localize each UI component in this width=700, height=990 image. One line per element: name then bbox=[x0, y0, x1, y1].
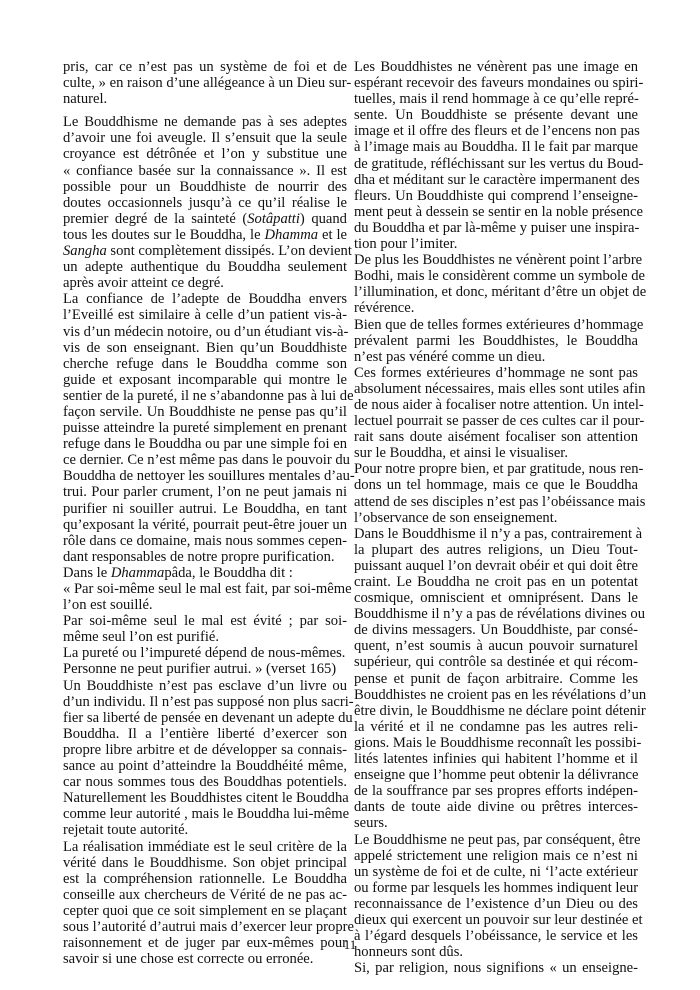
text-line: dons un tel hommage, mais ce que le Boud… bbox=[354, 477, 638, 493]
text-line: car nous sommes tous des Bouddhas potent… bbox=[63, 774, 347, 790]
paragraph: Le Bouddhisme ne demande pas à ses adept… bbox=[63, 114, 347, 291]
text-line: fier sa liberté de pensée en devenant un… bbox=[63, 710, 347, 726]
text-line: Un Bouddhiste n’est pas esclave d’un liv… bbox=[63, 678, 347, 694]
text-line: « Par soi-même seul le mal est fait, par… bbox=[63, 581, 347, 597]
text-line: Ces formes extérieures d’hommage ne sont… bbox=[354, 365, 638, 381]
paragraph: La confiance de l’adepte de Bouddha enve… bbox=[63, 291, 347, 565]
text-line: tous les doutes sur le Bouddha, le Dhamm… bbox=[63, 227, 347, 243]
text-line: l’Eveillé est similaire à celle d’un pat… bbox=[63, 307, 347, 323]
text-line: Bouddhisme il n’y a pas de révélations d… bbox=[354, 606, 638, 622]
text-line: un système de foi et de culte, ni ‘l’act… bbox=[354, 864, 638, 880]
text-line: « confiance basée sur la connaissance ».… bbox=[63, 163, 347, 179]
text-line: conseille aux chercheurs de Vérité de ne… bbox=[63, 887, 347, 903]
text-line: purifier ni souiller autrui. Le Bouddha,… bbox=[63, 501, 347, 517]
text-line: lectuel pourrait se passer de ces cultes… bbox=[354, 413, 638, 429]
text-line: gions. Mais le Bouddhisme reconnaît les … bbox=[354, 735, 638, 751]
text-line: guide et exposant incomparable qui montr… bbox=[63, 372, 347, 388]
text-line: de gratitude, réfléchissant sur les vert… bbox=[354, 156, 638, 172]
text-line: attend de ses disciples n’est pas l’obéi… bbox=[354, 494, 638, 510]
text-line: fleurs. Un Bouddhiste qui comprend l’ens… bbox=[354, 188, 638, 204]
text-line: trui. Pour parler crument, l’on ne peut … bbox=[63, 484, 347, 500]
text-line: rôle dans ce domaine, mais nous sommes c… bbox=[63, 533, 347, 549]
text-line: de nous aider à focaliser notre attentio… bbox=[354, 397, 638, 413]
text-line: cepter quoi que ce soit simplement en se… bbox=[63, 903, 347, 919]
text-line: vérité dans le Bouddhisme. Son objet pri… bbox=[63, 855, 347, 871]
paragraph: Par soi-même seul le mal est évité ; par… bbox=[63, 613, 347, 645]
text-line: un adepte authentique du Bouddha seuleme… bbox=[63, 259, 347, 275]
text-line: appelé strictement une religion mais ce … bbox=[354, 848, 638, 864]
text-line: Pour notre propre bien, et par gratitude… bbox=[354, 461, 638, 477]
text-line: Bodhi, mais le considèrent comme un symb… bbox=[354, 268, 638, 284]
text-line: ce dernier. Ce n’est même pas dans le po… bbox=[63, 452, 347, 468]
text-line: prévalent parmi les Bouddhistes, le Boud… bbox=[354, 333, 638, 349]
text-line: de divins messagers. Un Bouddhiste, par … bbox=[354, 622, 638, 638]
text-line: La réalisation immédiate est le seul cri… bbox=[63, 839, 347, 855]
text-line: image et il offre des fleurs et de l’enc… bbox=[354, 123, 638, 139]
text-line: naturel. bbox=[63, 91, 347, 107]
text-line: seurs. bbox=[354, 815, 638, 831]
paragraph: La pureté ou l’impureté dépend de nous-m… bbox=[63, 645, 347, 661]
text-line: sance au point d’atteindre la Bouddhéité… bbox=[63, 758, 347, 774]
text-line: du Bouddha et par là-même y puiser une i… bbox=[354, 220, 638, 236]
text-line: cherche refuge dans le Bouddha comme son bbox=[63, 356, 347, 372]
text-line: espérant recevoir des faveurs mondaines … bbox=[354, 75, 638, 91]
text-line: vis d’un médecin notoire, ou d’un étudia… bbox=[63, 324, 347, 340]
text-line: puisse atteindre la pureté simplement en… bbox=[63, 420, 347, 436]
text-line: sur le Bouddha, et ainsi le visualiser. bbox=[354, 445, 638, 461]
text-line: façon servile. Un Bouddhiste ne pense pa… bbox=[63, 404, 347, 420]
text-line: être divin, le Bouddhisme ne déclare poi… bbox=[354, 703, 638, 719]
text-line: Le Bouddhisme ne demande pas à ses adept… bbox=[63, 114, 347, 130]
left-column: pris, car ce n’est pas un système de foi… bbox=[63, 59, 347, 967]
text-line: puissant auquel l’on devrait obéir et qu… bbox=[354, 558, 638, 574]
paragraph: Dans le Dhammapâda, le Bouddha dit : bbox=[63, 565, 347, 581]
text-line: dants de toute aide divine ou prêtres in… bbox=[354, 799, 638, 815]
paragraph: Bien que de telles formes extérieures d’… bbox=[354, 317, 638, 365]
text-line: propre libre arbitre et de développer sa… bbox=[63, 742, 347, 758]
text-line: Bien que de telles formes extérieures d’… bbox=[354, 317, 638, 333]
paragraph: Les Bouddhistes ne vénèrent pas une imag… bbox=[354, 59, 638, 252]
text-line: savoir si une chose est correcte ou erro… bbox=[63, 951, 347, 967]
text-line: d’un individu. Il n’est pas supposé non … bbox=[63, 694, 347, 710]
text-line: Si, par religion, nous signifions « un e… bbox=[354, 960, 638, 976]
text-line: enseigne que l’homme peut obtenir la dél… bbox=[354, 767, 638, 783]
text-line: rait sans doute aisément focaliser son a… bbox=[354, 429, 638, 445]
text-line: vis de son enseignant. Bien qu’un Bouddh… bbox=[63, 340, 347, 356]
text-line: comme leur autorité , mais le Bouddha lu… bbox=[63, 806, 347, 822]
italic-term: Sangha bbox=[63, 243, 107, 259]
text-line: Bouddha. Il a l’entière liberté d’exerce… bbox=[63, 726, 347, 742]
text-line: sous l’autorité d’autrui mais d’exercer … bbox=[63, 919, 347, 935]
text-line: pense et punit de façon arbitraire. Comm… bbox=[354, 671, 638, 687]
italic-term: Dhamma bbox=[265, 227, 319, 243]
text-line: croyance est détrônée et l’on y substitu… bbox=[63, 146, 347, 162]
text-line: l’illumination, et donc, méritant d’être… bbox=[354, 284, 638, 300]
text-line: refuge dans le Bouddha ou par une simple… bbox=[63, 436, 347, 452]
text-line: reconnaissance de l’existence d’un Dieu … bbox=[354, 896, 638, 912]
text-line: quent, n’est soumis à aucun pouvoir surn… bbox=[354, 638, 638, 654]
text-line: même seul l’on est purifié. bbox=[63, 629, 347, 645]
text-line: sente. Un Bouddhiste se présente devant … bbox=[354, 107, 638, 123]
paragraph: Pour notre propre bien, et par gratitude… bbox=[354, 461, 638, 525]
paragraph: pris, car ce n’est pas un système de foi… bbox=[63, 59, 347, 107]
text-line: Dans le Bouddhisme il n’y a pas, contrai… bbox=[354, 526, 638, 542]
page-number: 11 bbox=[0, 937, 700, 953]
text-line: sentier de la pureté, il ne s’abandonne … bbox=[63, 388, 347, 404]
text-line: Dans le Dhammapâda, le Bouddha dit : bbox=[63, 565, 347, 581]
text-line: tion pour l’imiter. bbox=[354, 236, 638, 252]
text-line: la vérité et il ne condamne pas les autr… bbox=[354, 719, 638, 735]
paragraph-gap bbox=[63, 107, 347, 114]
text-line: d’avoir une foi aveugle. Il s’ensuit que… bbox=[63, 130, 347, 146]
italic-term: Sotâpatti bbox=[247, 211, 300, 227]
text-line: rejetait toute autorité. bbox=[63, 822, 347, 838]
text-line: ou forme par lesquels les hommes indique… bbox=[354, 880, 638, 896]
text-line: n’est pas vénéré comme un dieu. bbox=[354, 349, 638, 365]
text-line: Par soi-même seul le mal est évité ; par… bbox=[63, 613, 347, 629]
italic-term: Dhamma bbox=[111, 565, 165, 581]
text-line: Les Bouddhistes ne vénèrent pas une imag… bbox=[354, 59, 638, 75]
paragraph: « Par soi-même seul le mal est fait, par… bbox=[63, 581, 347, 613]
paragraph: Si, par religion, nous signifions « un e… bbox=[354, 960, 638, 976]
text-line: Le Bouddhisme ne peut pas, par conséquen… bbox=[354, 832, 638, 848]
paragraph: Ces formes extérieures d’hommage ne sont… bbox=[354, 365, 638, 462]
text-line: tuelles, mais il rend hommage à ce qu’el… bbox=[354, 91, 638, 107]
text-line: absolument nécessaires, mais elles sont … bbox=[354, 381, 638, 397]
text-line: Personne ne peut purifier autrui. » (ver… bbox=[63, 661, 347, 677]
text-line: dieux qui exercent un pouvoir sur leur d… bbox=[354, 912, 638, 928]
paragraph: Un Bouddhiste n’est pas esclave d’un liv… bbox=[63, 678, 347, 839]
text-line: l’on est souillé. bbox=[63, 597, 347, 613]
text-line: l’observance de son enseignement. bbox=[354, 510, 638, 526]
paragraph: De plus les Bouddhistes ne vénèrent poin… bbox=[354, 252, 638, 316]
text-line: pris, car ce n’est pas un système de foi… bbox=[63, 59, 347, 75]
right-column: Les Bouddhistes ne vénèrent pas une imag… bbox=[354, 59, 638, 976]
text-line: Sangha sont complètement dissipés. L’on … bbox=[63, 243, 347, 259]
text-line: qu’exposant la vérité, pourrait peut-êtr… bbox=[63, 517, 347, 533]
text-line: est la compréhension rationnelle. Le Bou… bbox=[63, 871, 347, 887]
paragraph: Personne ne peut purifier autrui. » (ver… bbox=[63, 661, 347, 677]
text-line: lités latentes infinies qui habitent l’h… bbox=[354, 751, 638, 767]
text-line: La pureté ou l’impureté dépend de nous-m… bbox=[63, 645, 347, 661]
text-line: doutes occasionnels jusqu’à ce qu’il réa… bbox=[63, 195, 347, 211]
text-line: ment peut à dessein se sentir en la nobl… bbox=[354, 204, 638, 220]
text-line: à l’image mais au Bouddha. Il le fait pa… bbox=[354, 139, 638, 155]
text-line: premier degré de la sainteté (Sotâpatti)… bbox=[63, 211, 347, 227]
text-line: Bouddhistes ne croient pas en les révéla… bbox=[354, 687, 638, 703]
text-line: craint. Le Bouddha ne croit pas en un po… bbox=[354, 574, 638, 590]
text-line: de la souffrance par ses propres efforts… bbox=[354, 783, 638, 799]
text-line: Bouddha de nettoyer les souillures menta… bbox=[63, 468, 347, 484]
paragraph: Dans le Bouddhisme il n’y a pas, contrai… bbox=[354, 526, 638, 832]
text-line: dant responsables de notre propre purifi… bbox=[63, 549, 347, 565]
text-line: la plupart des autres religions, un Dieu… bbox=[354, 542, 638, 558]
document-page: pris, car ce n’est pas un système de foi… bbox=[0, 0, 700, 990]
text-line: dha et méditant sur le caractère imperma… bbox=[354, 172, 638, 188]
text-line: après avoir atteint ce degré. bbox=[63, 275, 347, 291]
text-line: La confiance de l’adepte de Bouddha enve… bbox=[63, 291, 347, 307]
text-line: Naturellement les Bouddhistes citent le … bbox=[63, 790, 347, 806]
text-line: supérieur, qui contrôle sa destinée et q… bbox=[354, 654, 638, 670]
text-line: possible pour un Bouddhiste de nourrir d… bbox=[63, 179, 347, 195]
text-line: cosmique, omniscient et omniprésent. Dan… bbox=[354, 590, 638, 606]
text-line: De plus les Bouddhistes ne vénèrent poin… bbox=[354, 252, 638, 268]
text-line: révérence. bbox=[354, 300, 638, 316]
text-line: culte, » en raison d’une allégeance à un… bbox=[63, 75, 347, 91]
